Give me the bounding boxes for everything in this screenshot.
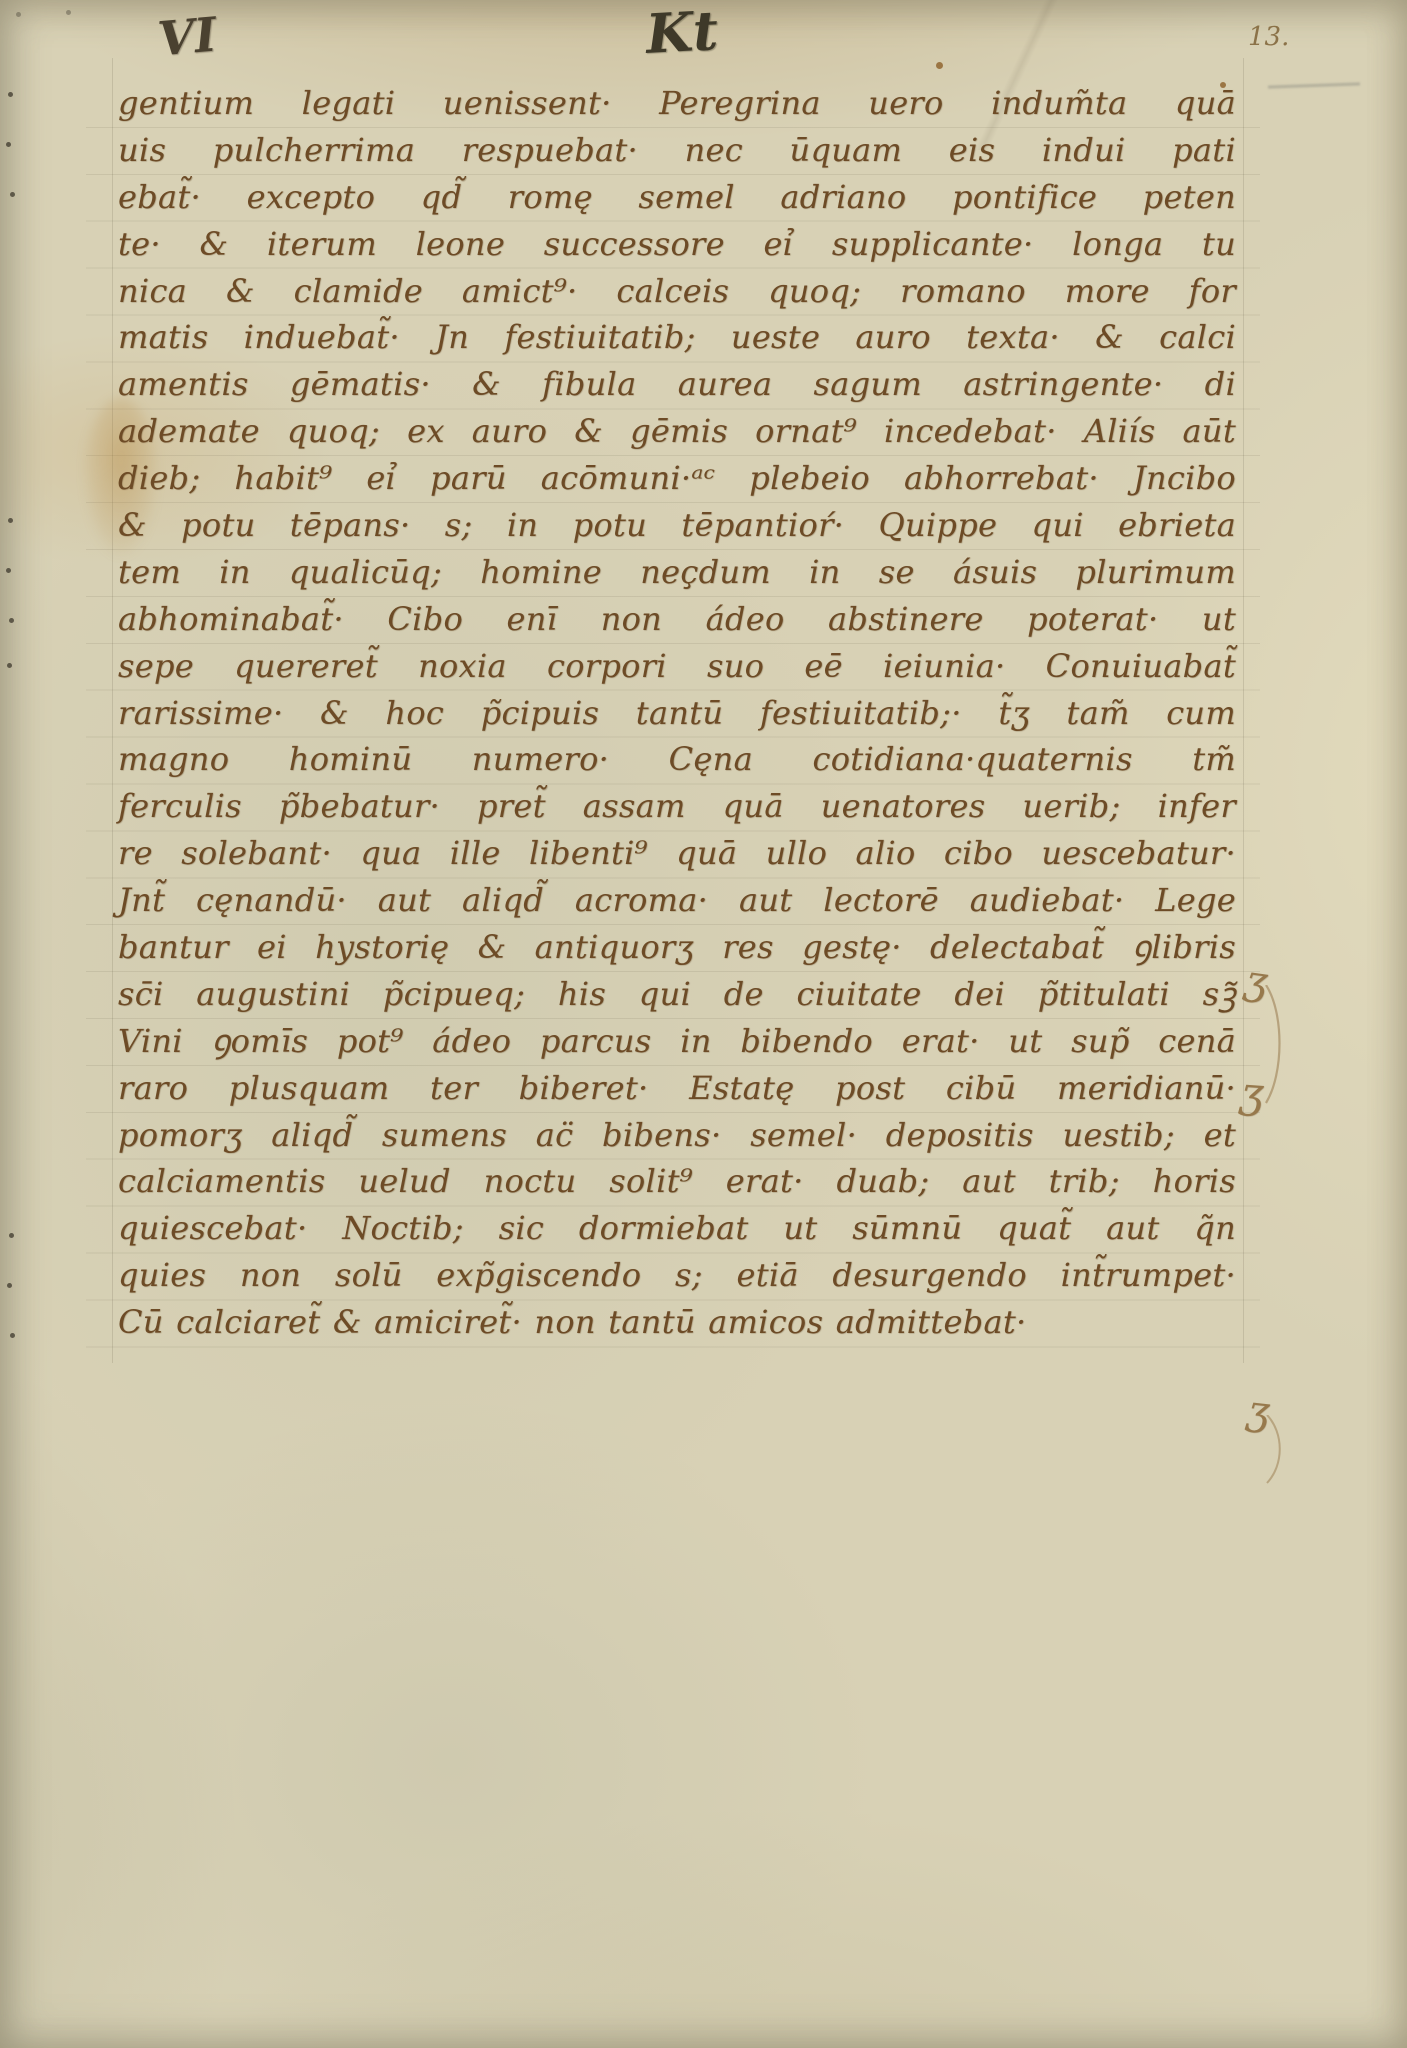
prick-mark bbox=[8, 92, 13, 97]
text-line: pomorʒ aliqd̃ sumens ac̈ bibens· semel· … bbox=[118, 1112, 1236, 1159]
text-line: abhominabat̃· Cibo enī non ádeo abstiner… bbox=[118, 596, 1236, 643]
text-line: nica & clamide amict⁹· calceis quoq; rom… bbox=[118, 268, 1236, 315]
text-line: dieb; habit⁹ eỉ parū acōmuni·ᵃᶜ plebeio … bbox=[118, 455, 1236, 502]
margin-flourish-curve bbox=[1264, 1415, 1288, 1485]
prick-mark bbox=[9, 1233, 14, 1238]
text-line: sc̄i augustini p̃cipueq; his qui de ciui… bbox=[118, 971, 1236, 1018]
margin-flourish-curve bbox=[1262, 985, 1288, 1105]
text-line: rarissime· & hoc p̃cipuis tantū festiuit… bbox=[118, 690, 1236, 737]
text-line: ademate quoq; ex auro & gēmis ornat⁹ inc… bbox=[118, 408, 1236, 455]
prick-mark bbox=[16, 12, 21, 17]
text-line: Cū calciaret̃ & amiciret̃· non tantū ami… bbox=[118, 1299, 1236, 1346]
text-line: quiescebat· Noctib; sic dormiebat ut sūm… bbox=[118, 1205, 1236, 1252]
left-margin-rule bbox=[112, 58, 113, 1363]
text-line: sepe quereret̃ noxia corpori suo eē ieiu… bbox=[118, 643, 1236, 690]
prick-mark bbox=[7, 1283, 12, 1288]
manuscript-page: VI Kt 13. gentium legati uenissent· Pere… bbox=[0, 0, 1407, 2048]
text-line: quies non solū exp̃giscendo s; etiā desu… bbox=[118, 1252, 1236, 1299]
folio-number: 13. bbox=[1248, 22, 1289, 52]
prick-mark bbox=[6, 142, 11, 147]
prick-mark bbox=[10, 192, 15, 197]
right-margin-rule bbox=[1243, 58, 1244, 1363]
text-line: Vini ꝯomīs pot⁹ ádeo parcus in bibendo e… bbox=[118, 1018, 1236, 1065]
text-line: ebat̃· excepto qd̃ romę semel adriano po… bbox=[118, 174, 1236, 221]
text-line: calciamentis uelud noctu solit⁹ erat· du… bbox=[118, 1158, 1236, 1205]
text-line: re solebant· qua ille libenti⁹ quā ullo … bbox=[118, 830, 1236, 877]
prick-mark bbox=[8, 518, 13, 523]
prick-mark bbox=[6, 568, 11, 573]
prick-mark bbox=[10, 1333, 15, 1338]
graphite-smudge bbox=[1268, 82, 1360, 88]
text-line: ferculis p̃bebatur· pret̃ assam quā uena… bbox=[118, 783, 1236, 830]
ink-dot bbox=[936, 62, 943, 69]
text-line: te· & iterum leone successore eỉ supplic… bbox=[118, 221, 1236, 268]
text-line: gentium legati uenissent· Peregrina uero… bbox=[118, 80, 1236, 127]
prick-mark bbox=[66, 10, 71, 15]
text-line: uis pulcherrima respuebat· nec ūquam eis… bbox=[118, 127, 1236, 174]
prick-mark bbox=[7, 663, 12, 668]
text-line: raro plusquam ter biberet· Estatę post c… bbox=[118, 1065, 1236, 1112]
text-line: tem in qualicūq; homine neçdum in se ásu… bbox=[118, 549, 1236, 596]
running-title-left: VI bbox=[156, 8, 219, 68]
text-line: bantur ei hystorię & antiquorʒ res gestę… bbox=[118, 924, 1236, 971]
text-line: magno hominū numero· Cęna cotidiana·quat… bbox=[118, 736, 1236, 783]
text-line: amentis gēmatis· & fibula aurea sagum as… bbox=[118, 361, 1236, 408]
text-block: gentium legati uenissent· Peregrina uero… bbox=[118, 80, 1236, 1346]
text-line: matis induebat̃· Jn festiuitatib; ueste … bbox=[118, 314, 1236, 361]
running-title-center: Kt bbox=[644, 0, 719, 66]
text-line: & potu tēpans· s; in potu tēpantioŕ· Qui… bbox=[118, 502, 1236, 549]
prick-mark bbox=[9, 618, 14, 623]
text-line: Jnt̃ cęnandū· aut aliqd̃ acroma· aut lec… bbox=[118, 877, 1236, 924]
